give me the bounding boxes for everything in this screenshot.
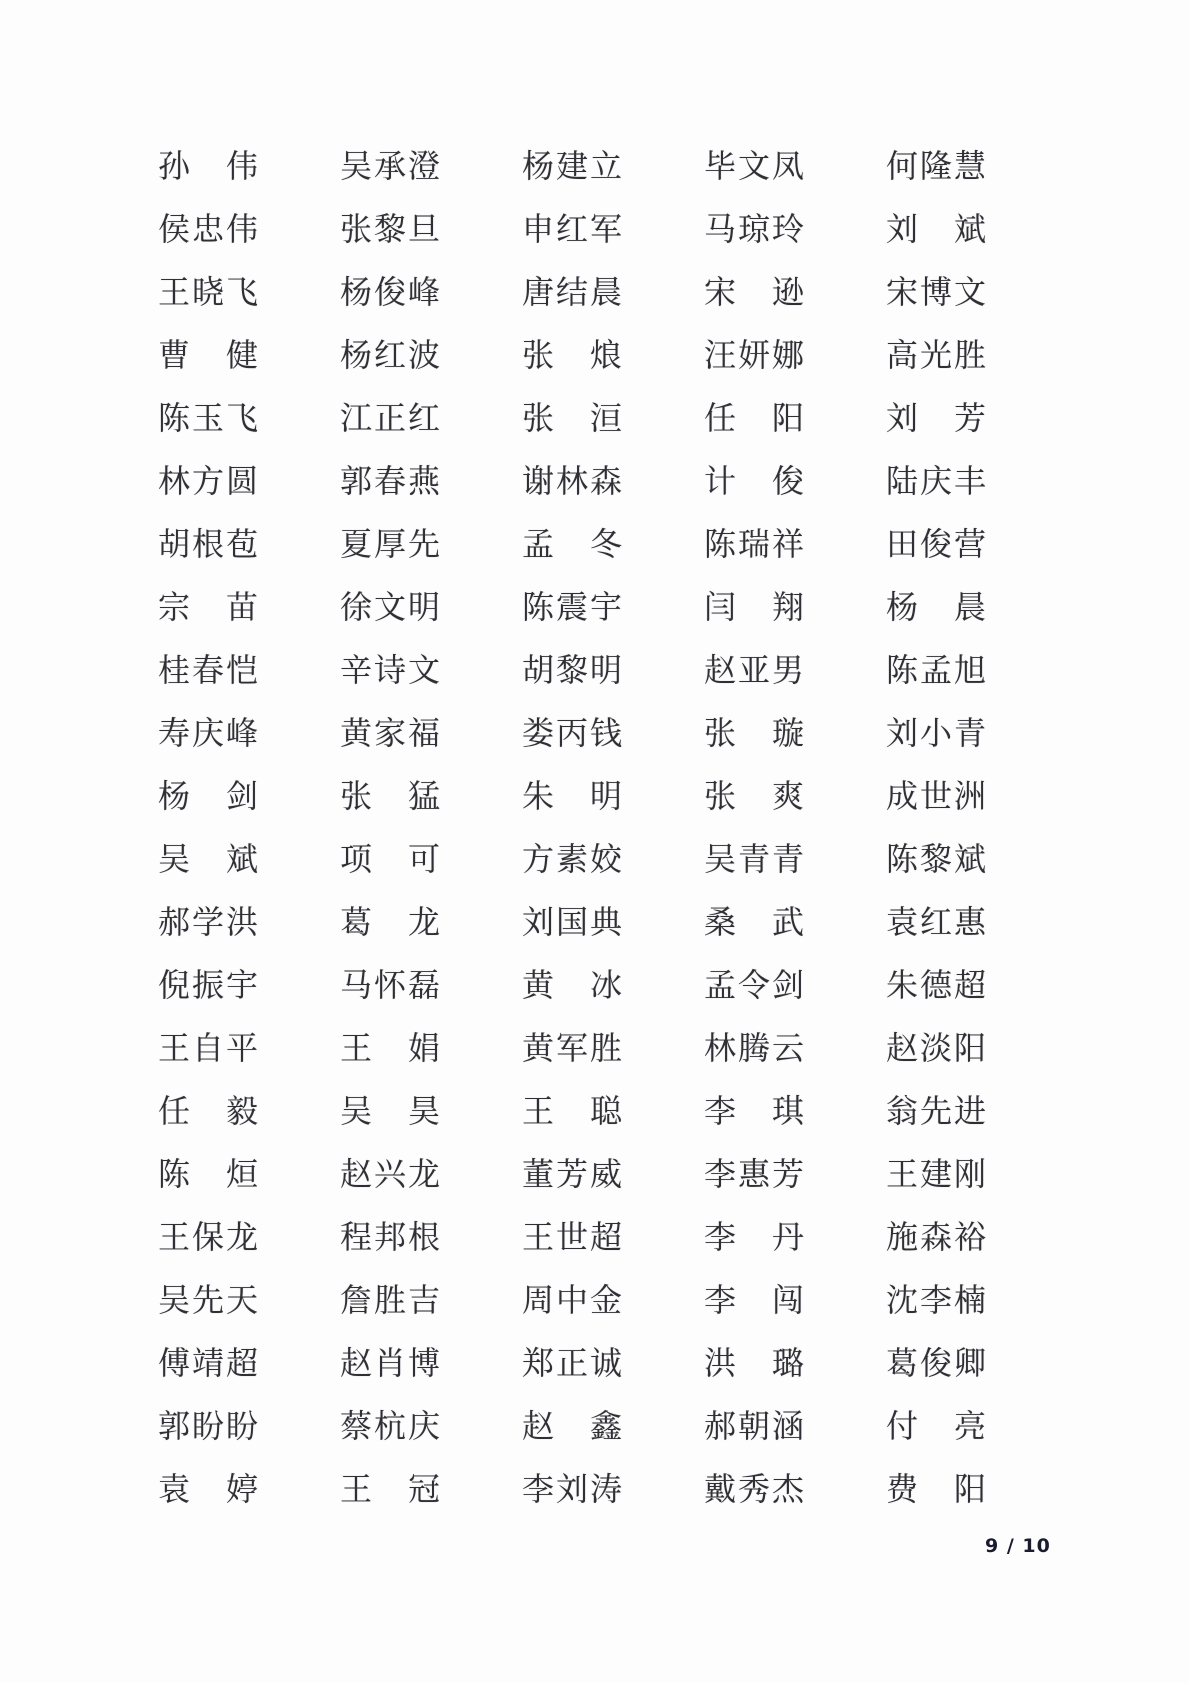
name-cell: 黄军胜 (522, 1032, 628, 1065)
name-cell: 程邦根 (340, 1221, 446, 1254)
name-cell: 林方圆 (158, 465, 264, 498)
name-cell: 马琼玲 (704, 213, 810, 246)
document-page: 孙 伟吴承澄杨建立毕文凤何隆慧侯忠伟张黎旦申红军马琼玲刘 斌王晓飞杨俊峰唐结晨宋… (0, 0, 1189, 1683)
name-cell: 吴青青 (704, 843, 810, 876)
name-cell: 吴 昊 (340, 1095, 446, 1128)
page-number: 9 / 10 (985, 1535, 1051, 1557)
name-cell: 杨建立 (522, 150, 628, 183)
name-cell: 沈李楠 (886, 1284, 992, 1317)
name-cell: 林腾云 (704, 1032, 810, 1065)
name-cell: 宋博文 (886, 276, 992, 309)
name-cell: 王 娟 (340, 1032, 446, 1065)
name-cell: 傅靖超 (158, 1347, 264, 1380)
name-cell: 王 聪 (522, 1095, 628, 1128)
name-cell: 倪振宇 (158, 969, 264, 1002)
name-cell: 陈 烜 (158, 1158, 264, 1191)
name-cell: 李 丹 (704, 1221, 810, 1254)
name-cell: 朱 明 (522, 780, 628, 813)
name-cell: 汪妍娜 (704, 339, 810, 372)
name-cell: 唐结晨 (522, 276, 628, 309)
name-cell: 孟 冬 (522, 528, 628, 561)
name-cell: 桂春恺 (158, 654, 264, 687)
name-cell: 王世超 (522, 1221, 628, 1254)
name-cell: 郝朝涵 (704, 1410, 810, 1443)
name-cell: 赵肖博 (340, 1347, 446, 1380)
name-cell: 毕文凤 (704, 150, 810, 183)
name-cell: 胡根苞 (158, 528, 264, 561)
name-cell: 戴秀杰 (704, 1473, 810, 1506)
name-cell: 吴 斌 (158, 843, 264, 876)
name-cell: 孙 伟 (158, 150, 264, 183)
name-cell: 辛诗文 (340, 654, 446, 687)
name-cell: 袁红惠 (886, 906, 992, 939)
name-cell: 蔡杭庆 (340, 1410, 446, 1443)
name-cell: 陈震宇 (522, 591, 628, 624)
name-cell: 张 璇 (704, 717, 810, 750)
name-cell: 曹 健 (158, 339, 264, 372)
name-cell: 陈黎斌 (886, 843, 992, 876)
name-cell: 詹胜吉 (340, 1284, 446, 1317)
name-cell: 成世洲 (886, 780, 992, 813)
name-cell: 陈孟旭 (886, 654, 992, 687)
name-cell: 黄家福 (340, 717, 446, 750)
name-cell: 黄 冰 (522, 969, 628, 1002)
name-cell: 刘国典 (522, 906, 628, 939)
name-cell: 杨 剑 (158, 780, 264, 813)
name-cell: 李刘涛 (522, 1473, 628, 1506)
name-cell: 张 爽 (704, 780, 810, 813)
name-cell: 郝学洪 (158, 906, 264, 939)
name-cell: 付 亮 (886, 1410, 992, 1443)
name-cell: 李 闯 (704, 1284, 810, 1317)
name-cell: 陆庆丰 (886, 465, 992, 498)
name-cell: 张 烺 (522, 339, 628, 372)
name-cell: 翁先进 (886, 1095, 992, 1128)
name-cell: 董芳威 (522, 1158, 628, 1191)
name-cell: 葛俊卿 (886, 1347, 992, 1380)
name-cell: 孟令剑 (704, 969, 810, 1002)
name-cell: 刘 芳 (886, 402, 992, 435)
name-cell: 王自平 (158, 1032, 264, 1065)
name-cell: 张 洹 (522, 402, 628, 435)
name-cell: 任 毅 (158, 1095, 264, 1128)
name-cell: 洪 璐 (704, 1347, 810, 1380)
name-cell: 李惠芳 (704, 1158, 810, 1191)
name-cell: 胡黎明 (522, 654, 628, 687)
name-cell: 袁 婷 (158, 1473, 264, 1506)
name-cell: 谢林森 (522, 465, 628, 498)
name-cell: 李 琪 (704, 1095, 810, 1128)
name-cell: 娄丙钱 (522, 717, 628, 750)
name-cell: 计 俊 (704, 465, 810, 498)
name-cell: 杨红波 (340, 339, 446, 372)
name-cell: 吴承澄 (340, 150, 446, 183)
name-cell: 江正红 (340, 402, 446, 435)
name-cell: 杨俊峰 (340, 276, 446, 309)
name-cell: 张黎旦 (340, 213, 446, 246)
name-cell: 刘小青 (886, 717, 992, 750)
name-cell: 赵兴龙 (340, 1158, 446, 1191)
name-cell: 方素姣 (522, 843, 628, 876)
name-cell: 郭盼盼 (158, 1410, 264, 1443)
name-cell: 任 阳 (704, 402, 810, 435)
name-cell: 闫 翔 (704, 591, 810, 624)
name-cell: 田俊营 (886, 528, 992, 561)
name-cell: 杨 晨 (886, 591, 992, 624)
name-cell: 郑正诚 (522, 1347, 628, 1380)
name-cell: 徐文明 (340, 591, 446, 624)
name-cell: 王保龙 (158, 1221, 264, 1254)
name-cell: 周中金 (522, 1284, 628, 1317)
name-cell: 马怀磊 (340, 969, 446, 1002)
name-cell: 侯忠伟 (158, 213, 264, 246)
name-cell: 宗 苗 (158, 591, 264, 624)
name-cell: 高光胜 (886, 339, 992, 372)
name-cell: 陈瑞祥 (704, 528, 810, 561)
names-list: 孙 伟吴承澄杨建立毕文凤何隆慧侯忠伟张黎旦申红军马琼玲刘 斌王晓飞杨俊峰唐结晨宋… (158, 150, 992, 1506)
name-cell: 赵 鑫 (522, 1410, 628, 1443)
name-cell: 吴先天 (158, 1284, 264, 1317)
name-cell: 朱德超 (886, 969, 992, 1002)
name-cell: 陈玉飞 (158, 402, 264, 435)
name-cell: 寿庆峰 (158, 717, 264, 750)
name-cell: 葛 龙 (340, 906, 446, 939)
name-cell: 张 猛 (340, 780, 446, 813)
name-cell: 费 阳 (886, 1473, 992, 1506)
name-cell: 项 可 (340, 843, 446, 876)
name-cell: 何隆慧 (886, 150, 992, 183)
name-cell: 桑 武 (704, 906, 810, 939)
name-cell: 郭春燕 (340, 465, 446, 498)
name-cell: 刘 斌 (886, 213, 992, 246)
name-cell: 夏厚先 (340, 528, 446, 561)
name-cell: 王 冠 (340, 1473, 446, 1506)
name-cell: 宋 逊 (704, 276, 810, 309)
name-cell: 申红军 (522, 213, 628, 246)
name-cell: 施森裕 (886, 1221, 992, 1254)
name-cell: 赵亚男 (704, 654, 810, 687)
name-cell: 王晓飞 (158, 276, 264, 309)
name-cell: 王建刚 (886, 1158, 992, 1191)
name-cell: 赵淡阳 (886, 1032, 992, 1065)
